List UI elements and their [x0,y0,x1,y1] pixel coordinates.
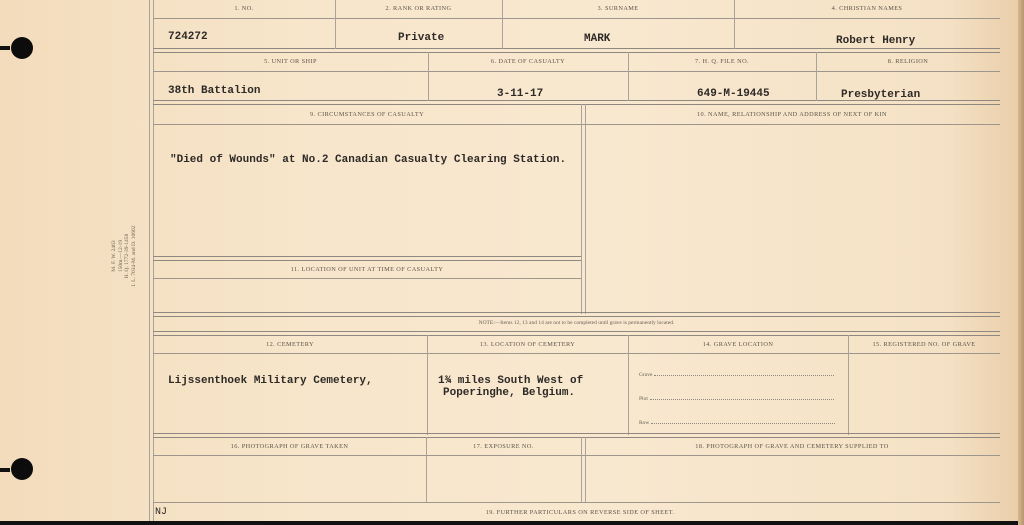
rule [153,124,1000,125]
value-no: 724272 [168,31,208,43]
footer-initials: NJ [155,507,167,518]
grave-label: Grave [639,372,652,378]
punch-hole-stem-top [0,46,10,50]
note-text: NOTE:—Items 12, 13 and 14 are not to be … [153,320,1000,326]
plot-line: Plot [639,396,834,402]
imprint-line: I. L. 7034-M. and D. 10662 [131,216,138,296]
value-date-of-casualty: 3-11-17 [497,88,543,100]
value-surname: MARK [584,33,610,45]
label-photo-supplied: 18. Photograph of Grave and Cemetery Sup… [584,443,1000,450]
rule [153,353,1000,354]
value-circumstances: "Died of Wounds" at No.2 Canadian Casual… [170,154,566,166]
label-location-of-unit: 11. Location of Unit at Time of Casualty [153,266,581,273]
punch-hole-top [11,37,33,59]
value-hq-file-no: 649-M-19445 [697,88,770,100]
row-dotted-field [651,423,835,424]
rule [153,502,1000,503]
rule [153,312,1000,317]
plot-dotted-field [650,399,834,400]
label-date-of-casualty: 6. Date of Casualty [428,58,628,65]
value-cemetery-location-line2: Poperinghe, Belgium. [443,387,575,399]
value-christian-names: Robert Henry [836,35,915,47]
label-cemetery: 12. Cemetery [153,341,427,348]
label-circumstances: 9. Circumstances of Casualty [153,111,581,118]
value-rank: Private [398,32,444,44]
grave-line: Grave [639,372,834,378]
label-rank: 2. Rank or Rating [335,5,502,12]
label-cemetery-location: 13. Location of Cemetery [427,341,628,348]
row-label: Row [639,420,649,426]
label-surname: 3. Surname [502,5,734,12]
rule [153,48,1000,53]
rule [153,256,581,261]
printer-imprint: M. F. W. 2463 150m.—12-19 H. Q. 1772-39-… [111,216,137,296]
rule [153,455,1000,456]
value-religion: Presbyterian [841,89,920,101]
row-line: Row [639,420,835,426]
divider [628,335,629,435]
label-hq-file-no: 7. H. Q. File No. [628,58,816,65]
punch-hole-bottom [11,458,33,480]
rule [153,71,1000,72]
divider [581,104,586,314]
label-christian-names: 4. Christian Names [734,5,1000,12]
grave-dotted-field [654,375,834,376]
label-exposure-no: 17. Exposure No. [426,443,581,450]
value-cemetery: Lijssenthoek Military Cemetery, [168,375,373,387]
rule [153,433,1000,438]
rule [153,331,1000,336]
label-registered-no: 15. Registered No. of Grave [848,341,1000,348]
label-religion: 8. Religion [816,58,1000,65]
label-no: 1. No. [153,5,335,12]
rule [153,278,581,279]
divider [427,335,428,435]
bottom-edge [0,521,1024,525]
label-next-of-kin: 10. Name, Relationship and Address of Ne… [584,111,1000,118]
label-grave-location: 14. Grave Location [628,341,848,348]
label-unit: 5. Unit or Ship [153,58,428,65]
plot-label: Plot [639,396,648,402]
rule [153,18,1000,19]
value-unit: 38th Battalion [168,85,260,97]
footer-further-particulars: 19. Further particulars on reverse side … [300,509,860,516]
divider [848,335,849,435]
punch-hole-stem-bottom [0,468,10,472]
label-photo-taken: 16. Photograph of Grave Taken [153,443,426,450]
value-cemetery-location-line1: 1¾ miles South West of [438,375,583,387]
right-edge [1018,0,1024,525]
